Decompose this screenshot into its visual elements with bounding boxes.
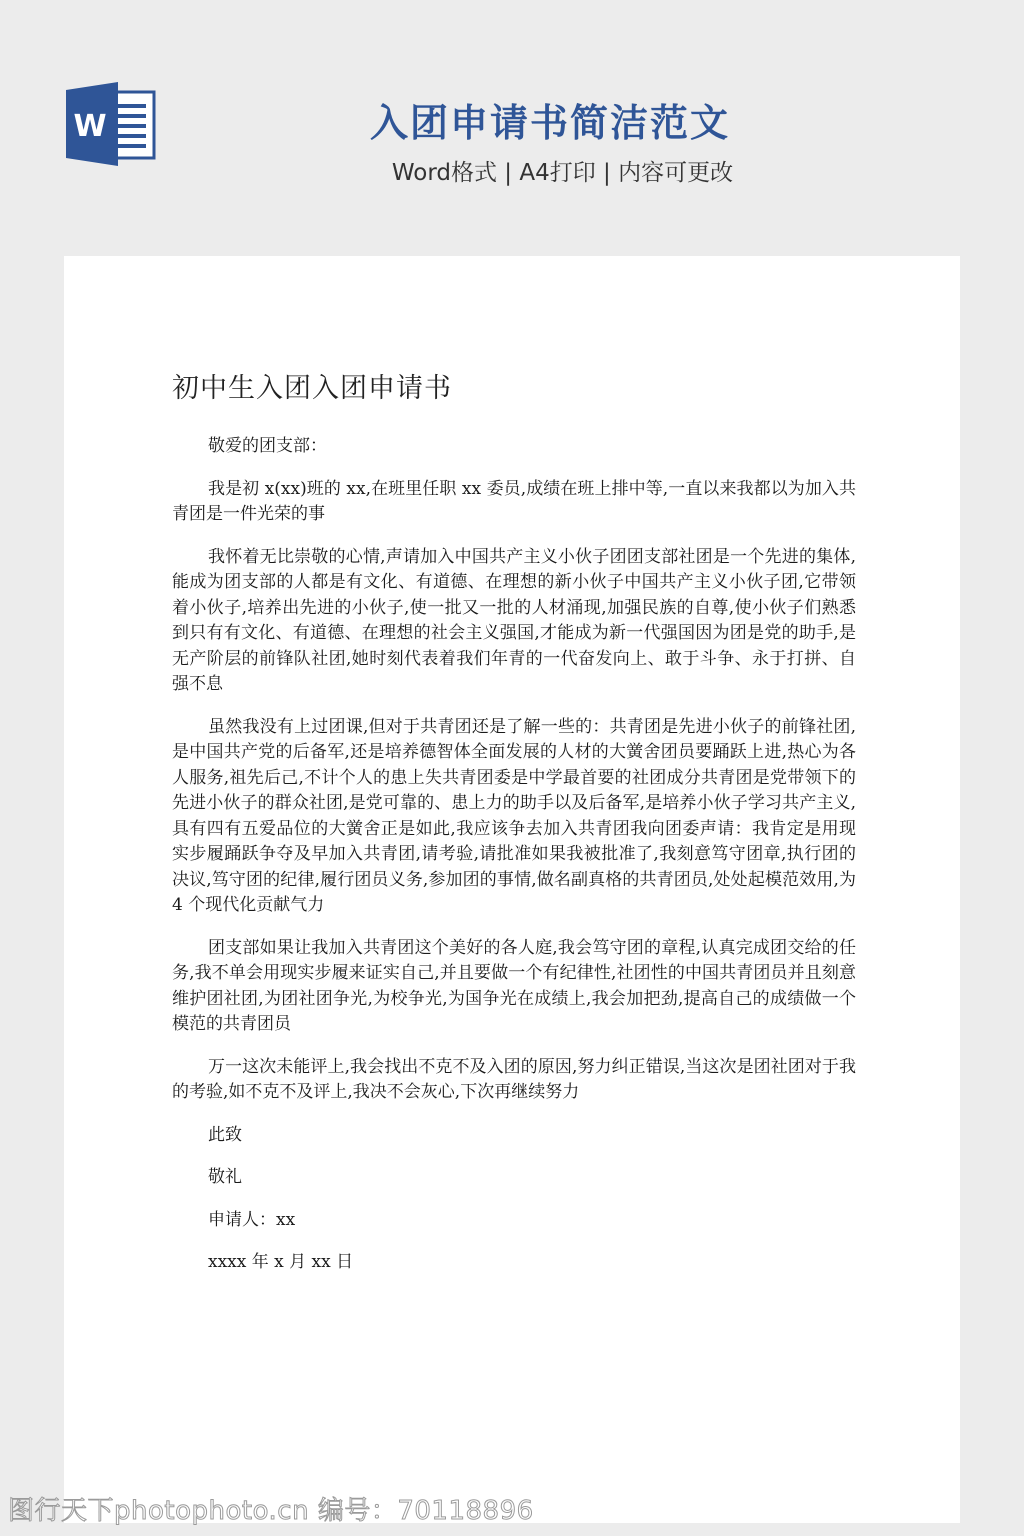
header-title: 入团申请书简洁范文 [300, 92, 800, 147]
paragraph-2: 我怀着无比崇敬的心情,声请加入中国共产主义小伙子团团支部社团是一个先进的集体,能… [172, 545, 856, 698]
paragraph-5: 万一这次未能评上,我会找出不克不及入团的原因,努力纠正错误,当这次是团社团对于我… [172, 1055, 856, 1106]
closing-1: 此致 [172, 1123, 856, 1149]
svg-text:W: W [73, 109, 106, 144]
header-subtitle: Word格式 | A4打印 | 内容可更改 [300, 154, 825, 187]
word-document-icon: W [64, 82, 156, 166]
watermark: 图行天下photophoto.cn 编号：70118896 [8, 1490, 534, 1527]
document-page: 初中生入团入团申请书 敬爱的团支部： 我是初 x(xx)班的 xx,在班里任职 … [64, 256, 960, 1523]
paragraph-3: 虽然我没有上过团课,但对于共青团还是了解一些的：共青团是先进小伙子的前锋社团,是… [172, 715, 856, 919]
salutation: 敬爱的团支部： [172, 434, 856, 460]
paragraph-4: 团支部如果让我加入共青团这个美好的各人庭,我会笃守团的章程,认真完成团交给的任务… [172, 936, 856, 1038]
document-body: 敬爱的团支部： 我是初 x(xx)班的 xx,在班里任职 xx 委员,成绩在班上… [172, 434, 856, 1293]
closing-2: 敬礼 [172, 1165, 856, 1191]
document-title: 初中生入团入团申请书 [172, 366, 452, 405]
paragraph-1: 我是初 x(xx)班的 xx,在班里任职 xx 委员,成绩在班上排中等,一直以来… [172, 477, 856, 528]
applicant: 申请人：xx [172, 1208, 856, 1234]
date: xxxx 年 x 月 xx 日 [172, 1250, 856, 1276]
